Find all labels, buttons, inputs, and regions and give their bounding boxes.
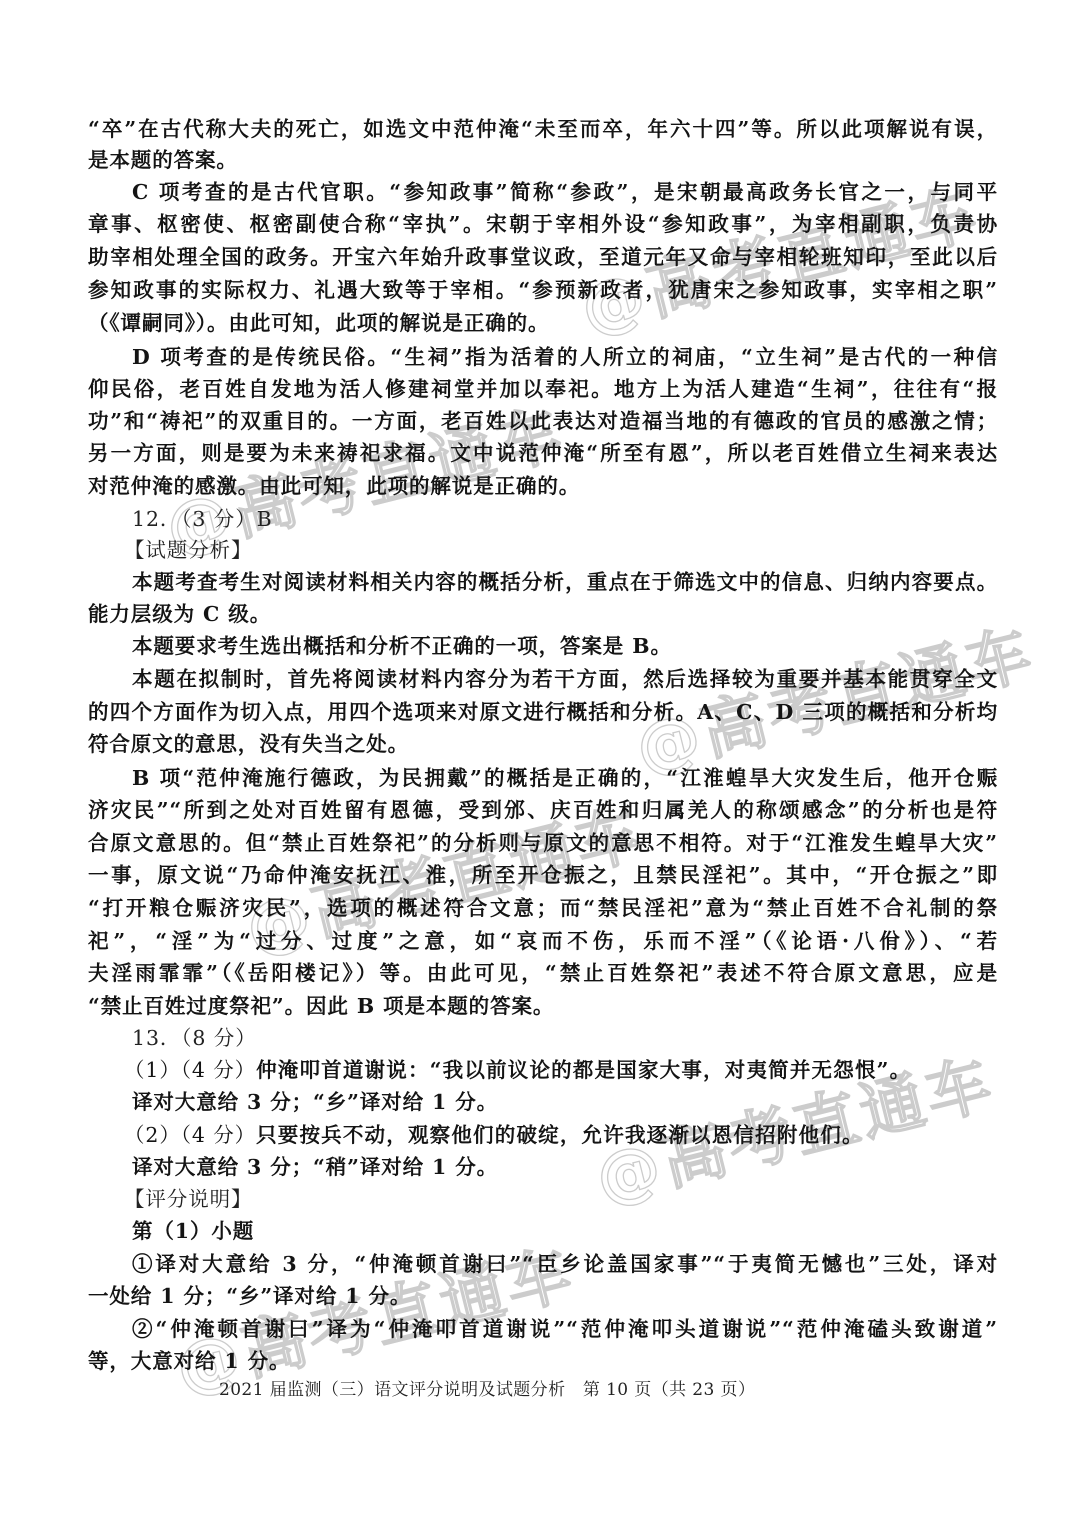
paragraph-line: ①译对大意给 3 分，“仲淹顿首谢曰”“臣乡论盖国家事”“于夷简无憾也”三处，译…	[132, 1248, 998, 1280]
answer-13-2-label: （2）（4 分）	[124, 1123, 256, 1147]
document-page: @高考直通车 @高考直通车 @高考直通车 @高考直通车 @高考直通车 @高考直通…	[0, 0, 1080, 1528]
paragraph-line: 仰民俗，老百姓自发地为活人修建祠堂并加以奉祀。地方上为活人建造“生祠”，往往有“…	[88, 373, 998, 405]
paragraph-line: “禁止百姓过度祭祀”。因此 B 项是本题的答案。	[88, 990, 998, 1022]
paragraph-line: 等，大意对给 1 分。	[88, 1345, 998, 1377]
paragraph-line: 能力层级为 C 级。	[88, 598, 998, 630]
paragraph-line: 一处给 1 分；“乡”译对给 1 分。	[88, 1280, 998, 1312]
section-heading-analysis: 【试题分析】	[124, 534, 990, 566]
paragraph-line: 本题在拟制时，首先将阅读材料内容分为若干方面，然后选择较为重要并基本能贯穿全文	[132, 663, 998, 695]
paragraph-line: 助宰相处理全国的政务。开宝六年始升政事堂议政，至道元年又命与宰相轮班知印，至此以…	[88, 241, 998, 273]
paragraph-line: 符合原文的意思，没有失当之处。	[88, 728, 998, 760]
question-13-heading: 13．（8 分）	[132, 1022, 998, 1054]
paragraph-line: C 项考查的是古代官职。“参知政事”简称“参政”，是宋朝最高政务长官之一，与同平	[132, 176, 998, 208]
scoring-line: 译对大意给 3 分；“乡”译对给 1 分。	[132, 1086, 1042, 1118]
scoring-line: 译对大意给 3 分；“稍”译对给 1 分。	[132, 1151, 1042, 1183]
answer-13-1-label: （1）（4 分）	[124, 1058, 256, 1082]
paragraph-line: （《谭嗣同》）。由此可知，此项的解说是正确的。	[88, 307, 998, 339]
paragraph-line: “卒”在古代称大夫的死亡，如选文中范仲淹“未至而卒，年六十四”等。所以此项解说有…	[88, 113, 998, 145]
section-heading-scoring: 【评分说明】	[124, 1183, 990, 1215]
answer-13-1-text: 仲淹叩首道谢说：“我以前议论的都是国家大事，对夷简并无怨恨”。	[256, 1058, 911, 1082]
paragraph-line: 功”和“祷祀”的双重目的。一方面，老百姓以此表达对造福当地的有德政的官员的感激之…	[88, 405, 998, 437]
question-12-heading: 12．（3 分）B	[132, 503, 998, 535]
paragraph-line: “打开粮仓赈济灾民”，选项的概述符合文意；而“禁民淫祀”意为“禁止百姓不合礼制的…	[88, 892, 998, 924]
paragraph-line: B 项“范仲淹施行德政，为民拥戴”的概括是正确的，“江淮蝗旱大灾发生后，他开仓赈	[132, 762, 998, 794]
page-footer: 2021 届监测（三）语文评分说明及试题分析 第 10 页（共 23 页）	[219, 1378, 755, 1402]
paragraph-line: 祀”，“淫”为“过分、过度”之意，如“哀而不伤，乐而不淫”（《论语·八佾》）、“…	[88, 925, 998, 957]
paragraph-line: 本题考查考生对阅读材料相关内容的概括分析，重点在于筛选文中的信息、归纳内容要点。	[132, 566, 998, 598]
paragraph-line: 合原文意思的。但“禁止百姓祭祀”的分析则与原文的意思不相符。对于“江淮发生蝗旱大…	[88, 827, 998, 859]
paragraph-line: 另一方面，则是要为未来祷祀求福。文中说范仲淹“所至有恩”，所以老百姓借立生祠来表…	[88, 437, 998, 469]
paragraph-line: 济灾民”“所到之处对百姓留有恩德，受到邠、庆百姓和归属羌人的称颂感念”的分析也是…	[88, 794, 998, 826]
paragraph-line: 本题要求考生选出概括和分析不正确的一项，答案是 B。	[132, 630, 998, 662]
paragraph-line: D 项考查的是传统民俗。“生祠”指为活着的人所立的祠庙，“立生祠”是古代的一种信	[132, 341, 998, 373]
answer-13-2: （2）（4 分）只要按兵不动，观察他们的破绽，允许我逐渐以恩信招附他们。	[124, 1119, 990, 1151]
paragraph-line: 对范仲淹的感激。由此可知，此项的解说是正确的。	[88, 470, 998, 502]
paragraph-line: 是本题的答案。	[88, 144, 998, 176]
paragraph-line: 参知政事的实际权力、礼遇大致等于宰相。“参预新政者，犹唐宋之参知政事，实宰相之职…	[88, 274, 998, 306]
paragraph-line: 一事，原文说“乃命仲淹安抚江、淮，所至开仓振之，且禁民淫祀”。其中，“开仓振之”…	[88, 859, 998, 891]
paragraph-line: ②“仲淹顿首谢曰”译为“仲淹叩首道谢说”“范仲淹叩头道谢说”“范仲淹磕头致谢道”	[132, 1313, 998, 1345]
sub-question-heading: 第（1）小题	[132, 1215, 998, 1247]
answer-13-2-text: 只要按兵不动，观察他们的破绽，允许我逐渐以恩信招附他们。	[256, 1123, 864, 1147]
answer-13-1: （1）（4 分）仲淹叩首道谢说：“我以前议论的都是国家大事，对夷简并无怨恨”。	[124, 1054, 990, 1086]
paragraph-line: 的四个方面作为切入点，用四个选项来对原文进行概括和分析。A、C、D 三项的概括和…	[88, 696, 998, 728]
paragraph-line: 夫淫雨霏霏”（《岳阳楼记》）等。由此可见，“禁止百姓祭祀”表述不符合原文意思，应…	[88, 957, 998, 989]
paragraph-line: 章事、枢密使、枢密副使合称“宰执”。宋朝于宰相外设“参知政事”，为宰相副职，负责…	[88, 208, 998, 240]
